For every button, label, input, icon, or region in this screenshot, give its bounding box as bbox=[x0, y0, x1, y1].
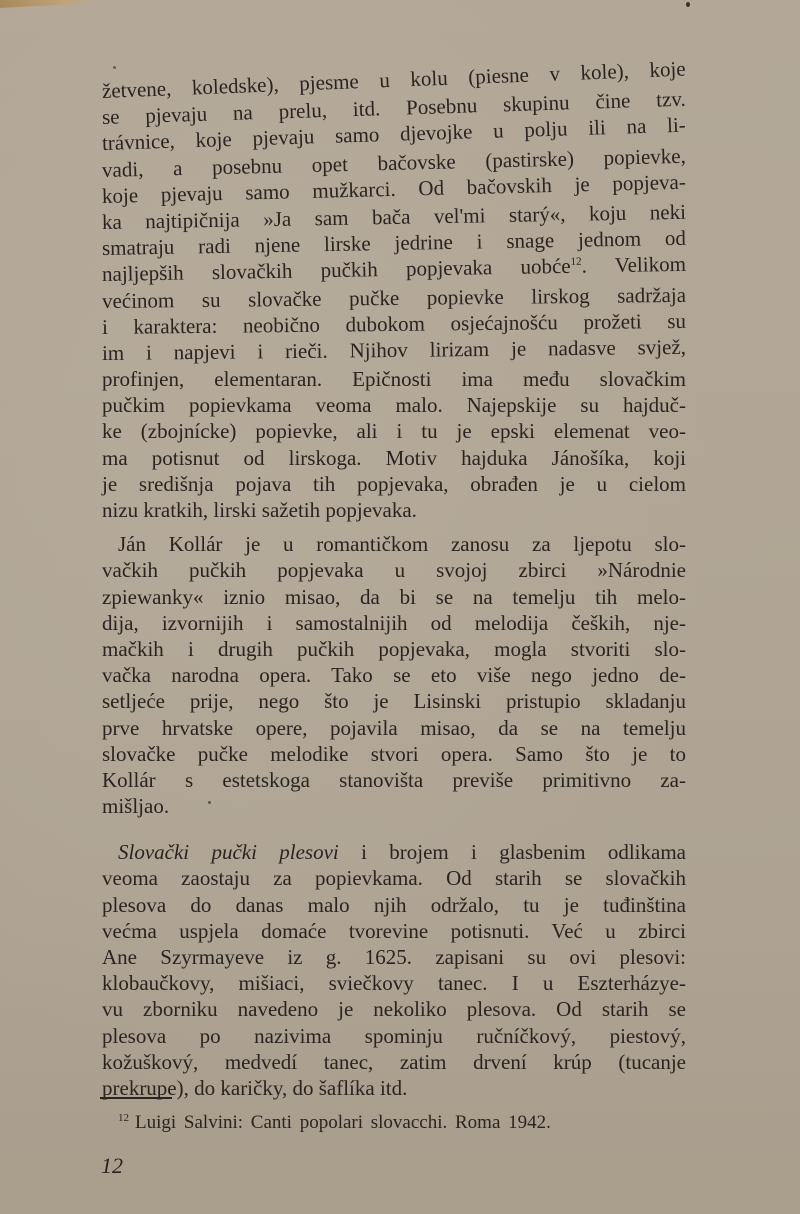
text-line: ma potisnut od lirskoga. Motiv hajduka J… bbox=[102, 445, 686, 471]
text-line: plesova po nazivima spominju ručníčkový,… bbox=[102, 1023, 686, 1049]
text-line: slovačke pučke melodike stvori opera. Sa… bbox=[102, 741, 686, 767]
paragraph-3: Slovački pučki plesovi i brojem i glasbe… bbox=[102, 839, 686, 1101]
footnote-number: 12 bbox=[118, 1112, 129, 1124]
paper-speck bbox=[686, 2, 690, 7]
text-line: im i napjevi i rieči. Njihov lirizam je … bbox=[102, 334, 686, 366]
text-line: setljeće prije, nego što je Lisinski pri… bbox=[102, 688, 686, 714]
text-line-with-italic-lead: Slovački pučki plesovi i brojem i glasbe… bbox=[102, 839, 686, 865]
text-segment: najljepših slovačkih pučkih popjevaka uo… bbox=[102, 254, 571, 286]
text-line: pučkim popievkama veoma malo. Najepskije… bbox=[102, 392, 686, 418]
text-line: klobaučkovy, mišiaci, sviečkovy tanec. I… bbox=[102, 970, 686, 996]
text-segment: . Velikom bbox=[581, 252, 686, 278]
text-line: prekrupe), do karičky, do šaflíka itd. bbox=[102, 1075, 686, 1101]
body-text: žetvene, koledske), pjesme u kolu (piesn… bbox=[102, 78, 686, 1101]
text-line: dija, izvornijih i samostalnijih od melo… bbox=[102, 610, 686, 636]
text-line: prve hrvatske opere, pojavila misao, da … bbox=[102, 715, 686, 741]
paragraph-2: Ján Kollár je u romantičkom zanosu za lj… bbox=[102, 531, 686, 819]
text-line: plesova do danas malo njih održalo, tu j… bbox=[102, 892, 686, 918]
footnote-text: Luigi Salvini: Canti popolari slovacchi.… bbox=[135, 1112, 551, 1133]
book-page: žetvene, koledske), pjesme u kolu (piesn… bbox=[0, 0, 800, 1214]
text-line: Kollár s estetskoga stanovišta previše p… bbox=[102, 767, 686, 793]
text-line: mišljao. bbox=[102, 793, 686, 819]
paper-speck bbox=[113, 66, 116, 69]
text-line: mačkih i drugih pučkih popjevaka, mogla … bbox=[102, 636, 686, 662]
footnote-reference: 12 bbox=[570, 256, 581, 268]
text-line: vačka narodna opera. Tako se eto više ne… bbox=[102, 662, 686, 688]
text-line: veoma zaostaju za popievkama. Od starih … bbox=[102, 865, 686, 891]
paragraph-spacer bbox=[102, 819, 686, 839]
text-line: većma uspjela domaće tvorevine potisnuti… bbox=[102, 918, 686, 944]
text-line: Ján Kollár je u romantičkom zanosu za lj… bbox=[102, 531, 686, 557]
paragraph-spacer bbox=[102, 523, 686, 531]
text-line: nizu kratkih, lirski sažetih popjevaka. bbox=[102, 497, 686, 523]
italic-heading: Slovački pučki plesovi bbox=[118, 840, 339, 864]
footnote-separator bbox=[100, 1097, 172, 1099]
paper-speck bbox=[208, 801, 211, 804]
text-line: vačkih pučkih popjevaka u svojoj zbirci … bbox=[102, 557, 686, 583]
text-line: vu zborniku navedeno je nekoliko plesova… bbox=[102, 996, 686, 1022]
text-line: profinjen, elementaran. Epičnosti ima me… bbox=[102, 366, 686, 392]
text-line: ke (zbojnícke) popievke, ali i tu je eps… bbox=[102, 418, 686, 444]
text-line: je središnja pojava tih popjevaka, obrađ… bbox=[102, 471, 686, 497]
paragraph-1: žetvene, koledske), pjesme u kolu (piesn… bbox=[102, 78, 686, 523]
footnote: 12Luigi Salvini: Canti popolari slovacch… bbox=[118, 1112, 551, 1134]
page-corner-edge bbox=[0, 0, 95, 8]
text-line: zpiewanky« iznio misao, da bi se na teme… bbox=[102, 584, 686, 610]
text-line: Ane Szyrmayeve iz g. 1625. zapisani su o… bbox=[102, 944, 686, 970]
text-segment: i brojem i glasbenim odlikama bbox=[339, 840, 686, 864]
page-number: 12 bbox=[101, 1153, 123, 1179]
text-line: kožuškový, medvedí tanec, zatim drvení k… bbox=[102, 1049, 686, 1075]
